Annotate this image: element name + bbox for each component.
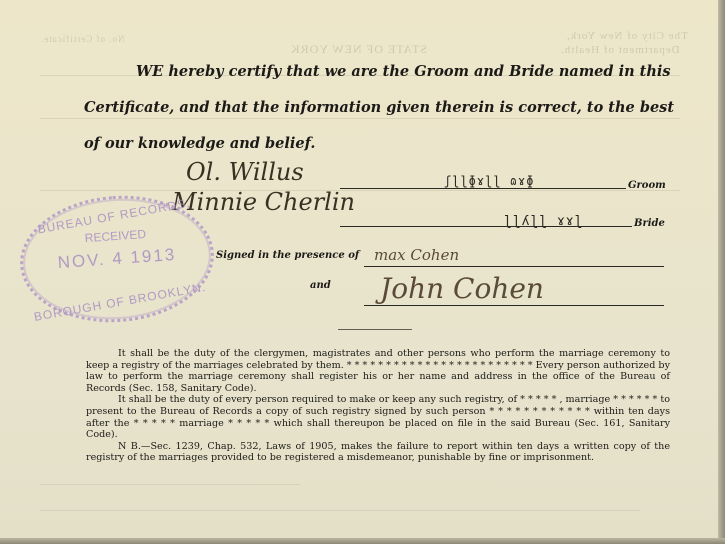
short-rule — [338, 329, 412, 330]
legal-notice-paragraph-1: It shall be the duty of the clergymen, m… — [86, 348, 670, 394]
witness-2-line — [364, 305, 664, 306]
and-label: and — [310, 280, 331, 291]
bleed-through-city: The City of New York, — [566, 30, 688, 42]
legal-notice-paragraph-2: It shall be the duty of every person req… — [86, 394, 670, 440]
witness-1-signature: max Cohen — [374, 246, 459, 264]
bleed-through-rule — [40, 190, 680, 191]
stamp-bottom-text: BOROUGH OF BROOKLYN. — [26, 279, 214, 325]
certification-rest: Certificate, and that the information gi… — [84, 99, 674, 152]
groom-hebrew-signature: ʃɭɭɸɤɭɭ ɷɤɸ — [444, 174, 534, 188]
certificate-page: The City of New York, Department of Heal… — [0, 0, 718, 538]
bleed-through-cert-no: No. of Certificate. — [40, 34, 124, 44]
bleed-through-rule — [40, 484, 300, 485]
bride-label: Bride — [634, 218, 665, 229]
witness-1-line — [364, 266, 664, 267]
groom-signature: Ol. Willus — [186, 158, 304, 186]
witness-label: Signed in the presence of — [216, 250, 359, 261]
bleed-through-rule — [40, 510, 640, 511]
certification-first-line: WE hereby certify that we are the Groom … — [84, 54, 684, 90]
page-edge-right — [718, 0, 725, 544]
legal-notice-paragraph-3: N B.—Sec. 1239, Chap. 532, Laws of 1905,… — [86, 441, 670, 464]
legal-notice: It shall be the duty of the clergymen, m… — [86, 348, 670, 464]
groom-signature-line — [340, 188, 626, 189]
page-edge-bottom — [0, 538, 725, 544]
groom-label: Groom — [628, 180, 666, 191]
bride-signature-line — [340, 226, 632, 227]
witness-2-signature: John Cohen — [380, 272, 544, 305]
certification-statement: WE hereby certify that we are the Groom … — [84, 54, 684, 162]
